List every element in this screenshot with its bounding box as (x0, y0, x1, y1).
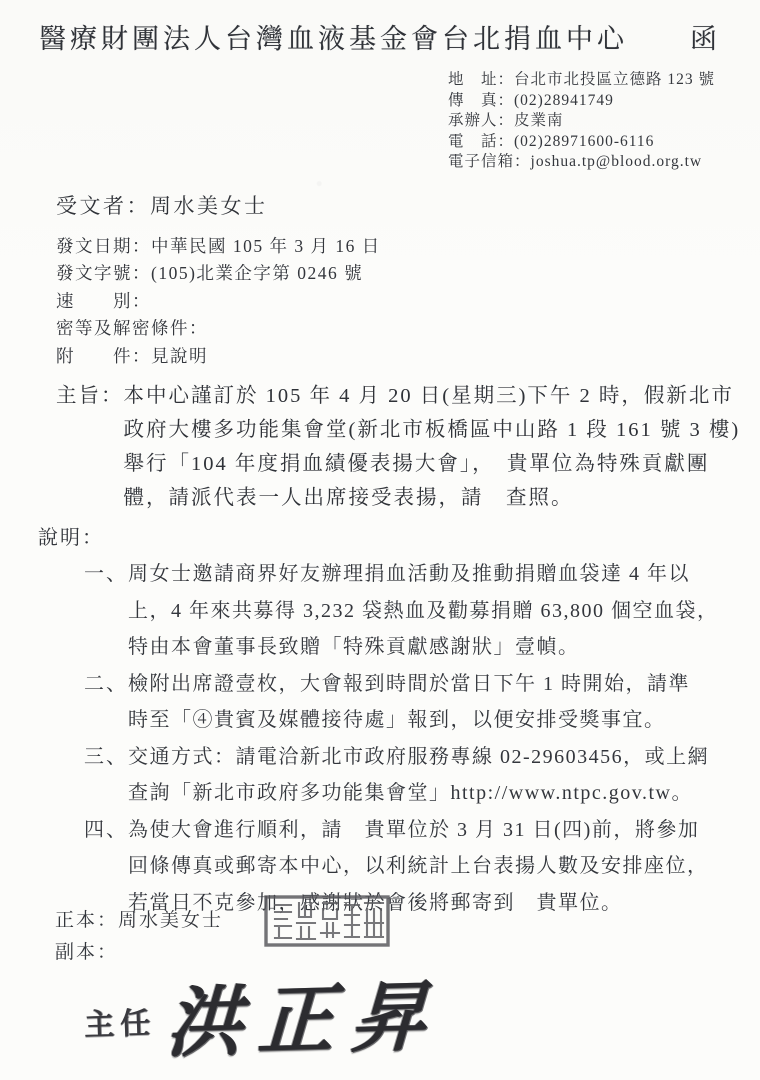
item-line: 時至「④貴賓及媒體接待處」報到，以便安排受獎事宜。 (128, 702, 690, 739)
document-meta-block: 發文日期：中華民國 105 年 3 月 16 日 發文字號：(105)北業企字第… (56, 233, 760, 371)
signature-block: 主任 洪正昇 (84, 983, 442, 1059)
contact-person-label: 承辦人： (448, 112, 514, 129)
subject-body: 本中心謹訂於 105 年 4 月 20 日(星期三)下午 2 時，假新北市 政府… (124, 379, 741, 515)
recipient-label: 受文者： (56, 194, 150, 218)
phone-value: (02)28971600-6116 (514, 133, 654, 150)
explanation-item-2: 二、 檢附出席證壹枚，大會報到時間於當日下午 1 時開始，請準 時至「④貴賓及媒… (84, 666, 760, 739)
subject-line: 政府大樓多功能集會堂(新北市板橋區中山路 1 段 161 號 3 樓) (124, 413, 741, 447)
letterhead-fax: 傳 真：(02)28941749 (448, 91, 760, 112)
item-line: 特由本會董事長致贈「特殊貢獻感謝狀」壹幀。 (128, 629, 719, 666)
signer-name-signature: 洪正昇 (164, 979, 443, 1062)
subject-label: 主旨： (56, 379, 124, 515)
item-line: 交通方式：請電洽新北市政府服務專線 02-29603456，或上網 (128, 739, 709, 776)
address-value: 台北市北投區立德路 123 號 (514, 71, 715, 88)
signer-title-stamp: 主任 (83, 998, 156, 1044)
meta-attachment: 附 件：見說明 (56, 343, 760, 371)
item-body: 檢附出席證壹枚，大會報到時間於當日下午 1 時開始，請準 時至「④貴賓及媒體接待… (128, 666, 690, 739)
doc-number-value: (105)北業企字第 0246 號 (151, 263, 363, 283)
item-line: 為使大會進行順利，請 貴單位於 3 月 31 日(四)前，將參加 (128, 812, 709, 849)
scanned-letter-page: 醫療財團法人台灣血液基金會台北捐血中心 函 地 址：台北市北投區立德路 123 … (0, 0, 760, 1080)
meta-doc-number: 發文字號：(105)北業企字第 0246 號 (56, 260, 760, 288)
original-copy-line: 正本：周水美女士 (55, 905, 760, 937)
subject-line: 體，請派代表一人出席接受表揚，請 查照。 (124, 481, 741, 515)
email-label: 電子信箱： (448, 153, 531, 170)
item-body: 周女士邀請商界好友辦理捐血活動及推動捐贈血袋達 4 年以 上，4 年來共募得 3… (128, 556, 719, 666)
recipient-line: 受文者：周水美女士 (56, 190, 760, 220)
doc-number-label: 發文字號： (56, 263, 151, 283)
recipient-name: 周水美女士 (150, 194, 268, 218)
copy-label: 副本： (55, 942, 118, 963)
phone-label: 電 話： (448, 133, 514, 150)
item-line: 上，4 年來共募得 3,232 袋熱血及勸募捐贈 63,800 個空血袋， (128, 593, 719, 630)
item-line: 查詢「新北市政府多功能集會堂」http://www.ntpc.gov.tw。 (128, 775, 709, 812)
priority-label: 速 別： (56, 291, 151, 311)
letterhead-phone: 電 話：(02)28971600-6116 (448, 132, 760, 153)
duplicate-copy-line: 副本： (55, 937, 760, 969)
issue-date-value: 中華民國 105 年 3 月 16 日 (151, 236, 381, 256)
explanation-item-1: 一、 周女士邀請商界好友辦理捐血活動及推動捐贈血袋達 4 年以 上，4 年來共募… (84, 556, 760, 666)
letterhead-contact-person: 承辦人：皮業南 (448, 111, 760, 132)
item-marker: 一、 (84, 556, 128, 666)
subject-line: 本中心謹訂於 105 年 4 月 20 日(星期三)下午 2 時，假新北市 (124, 379, 741, 413)
item-line: 檢附出席證壹枚，大會報到時間於當日下午 1 時開始，請準 (128, 666, 690, 703)
item-body: 交通方式：請電洽新北市政府服務專線 02-29603456，或上網 查詢「新北市… (128, 739, 709, 812)
explanation-label: 說明： (38, 523, 760, 553)
fax-label: 傳 真： (448, 92, 514, 109)
meta-classification: 密等及解密條件： (56, 315, 760, 343)
document-title: 醫療財團法人台灣血液基金會台北捐血中心 函 (0, 0, 760, 56)
email-value: joshua.tp@blood.org.tw (531, 153, 703, 170)
issue-date-label: 發文日期： (56, 236, 151, 256)
attachment-value: 見說明 (151, 346, 208, 366)
item-line: 周女士邀請商界好友辦理捐血活動及推動捐贈血袋達 4 年以 (128, 556, 719, 593)
item-marker: 三、 (84, 739, 128, 812)
letterhead-contact-block: 地 址：台北市北投區立德路 123 號 傳 真：(02)28941749 承辦人… (448, 70, 760, 173)
fax-value: (02)28941749 (514, 92, 614, 109)
contact-person-value: 皮業南 (514, 112, 564, 129)
item-line: 回條傳真或郵寄本中心，以利統計上台表揚人數及安排座位， (128, 848, 709, 885)
subject-line: 舉行「104 年度捐血績優表揚大會」， 貴單位為特殊貢獻團 (124, 447, 741, 481)
attachment-label: 附 件： (56, 346, 151, 366)
original-label: 正本： (55, 910, 118, 931)
meta-issue-date: 發文日期：中華民國 105 年 3 月 16 日 (56, 233, 760, 261)
classification-label: 密等及解密條件： (56, 318, 208, 338)
meta-priority: 速 別： (56, 288, 760, 316)
letterhead-email: 電子信箱：joshua.tp@blood.org.tw (448, 152, 760, 173)
item-marker: 二、 (84, 666, 128, 739)
letterhead-address: 地 址：台北市北投區立德路 123 號 (448, 70, 760, 91)
address-label: 地 址： (448, 71, 514, 88)
document-footer: 正本：周水美女士 副本： 主任 洪正昇 (0, 905, 760, 969)
original-recipient: 周水美女士 (118, 910, 223, 931)
explanation-item-3: 三、 交通方式：請電洽新北市政府服務專線 02-29603456，或上網 查詢「… (84, 739, 760, 812)
subject-section: 主旨： 本中心謹訂於 105 年 4 月 20 日(星期三)下午 2 時，假新北… (56, 379, 760, 515)
explanation-items: 一、 周女士邀請商界好友辦理捐血活動及推動捐贈血袋達 4 年以 上，4 年來共募… (84, 556, 760, 921)
